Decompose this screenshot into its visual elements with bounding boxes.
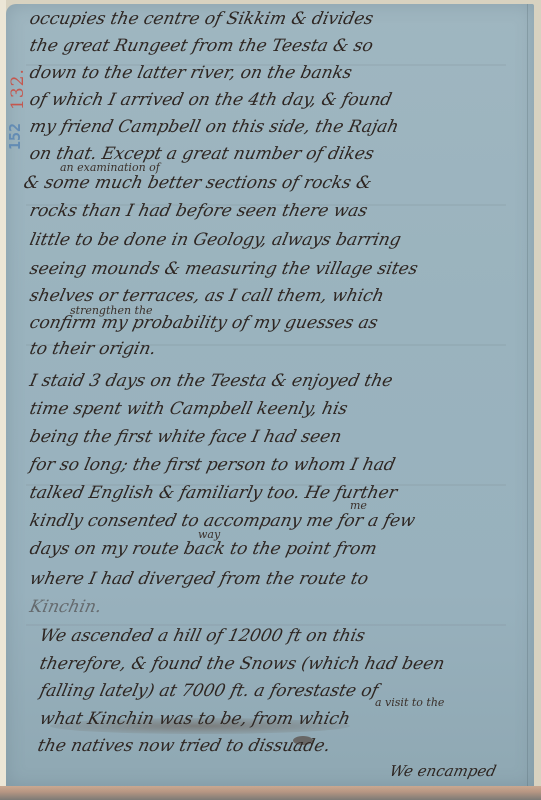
text-line: We encamped [387, 758, 499, 784]
text-line: I staid 3 days on the Teesta & enjoyed t… [27, 368, 395, 394]
text-line: where I had diverged from the route to [27, 566, 371, 592]
text-line: therefore, & found the Snows (which had … [37, 651, 447, 677]
folio-number-red: 132. [8, 68, 28, 110]
page-bottom-edge [0, 786, 541, 800]
text-line: Kinchin. [27, 594, 104, 620]
text-line: rocks than I had before seen there was [27, 198, 370, 224]
text-line: confirm my probability of my guesses as [27, 310, 380, 336]
text-line: of which I arrived on the 4th day, & fou… [27, 87, 394, 113]
text-line: talked English & familiarly too. He furt… [27, 480, 399, 506]
text-line: little to be done in Geology, always bar… [27, 227, 403, 253]
text-line: for so long; the first person to whom I … [27, 452, 397, 478]
text-line: kindly consented to accompany me for a f… [27, 508, 417, 534]
text-line: to their origin. [27, 336, 158, 362]
text-line: days on my route back to the point from [27, 536, 379, 562]
text-line: seeing mounds & measuring the village si… [27, 256, 420, 282]
text-line: down to the latter river, on the banks [27, 60, 354, 86]
text-line: being the first white face I had seen [27, 424, 344, 450]
text-line: my friend Campbell on this side, the Raj… [27, 114, 401, 140]
manuscript-page: 132. 152 occupies the centre of Sikkim &… [0, 0, 541, 800]
text-line: the great Rungeet from the Teesta & so [27, 33, 375, 59]
folio-number-stamp: 152 [6, 123, 24, 150]
text-line: We ascended a hill of 12000 ft on this [37, 623, 367, 649]
text-line: & some much better sections of rocks & [21, 170, 374, 196]
interlinear-insertion: a visit to the [375, 696, 444, 709]
text-line: the natives now tried to dissuade. [35, 733, 332, 759]
text-line: time spent with Campbell keenly, his [27, 396, 350, 422]
text-line: occupies the centre of Sikkim & divides [27, 6, 376, 32]
text-line: what Kinchin was to be, from which [37, 706, 352, 732]
text-line: falling lately) at 7000 ft. a forestaste… [37, 678, 381, 704]
